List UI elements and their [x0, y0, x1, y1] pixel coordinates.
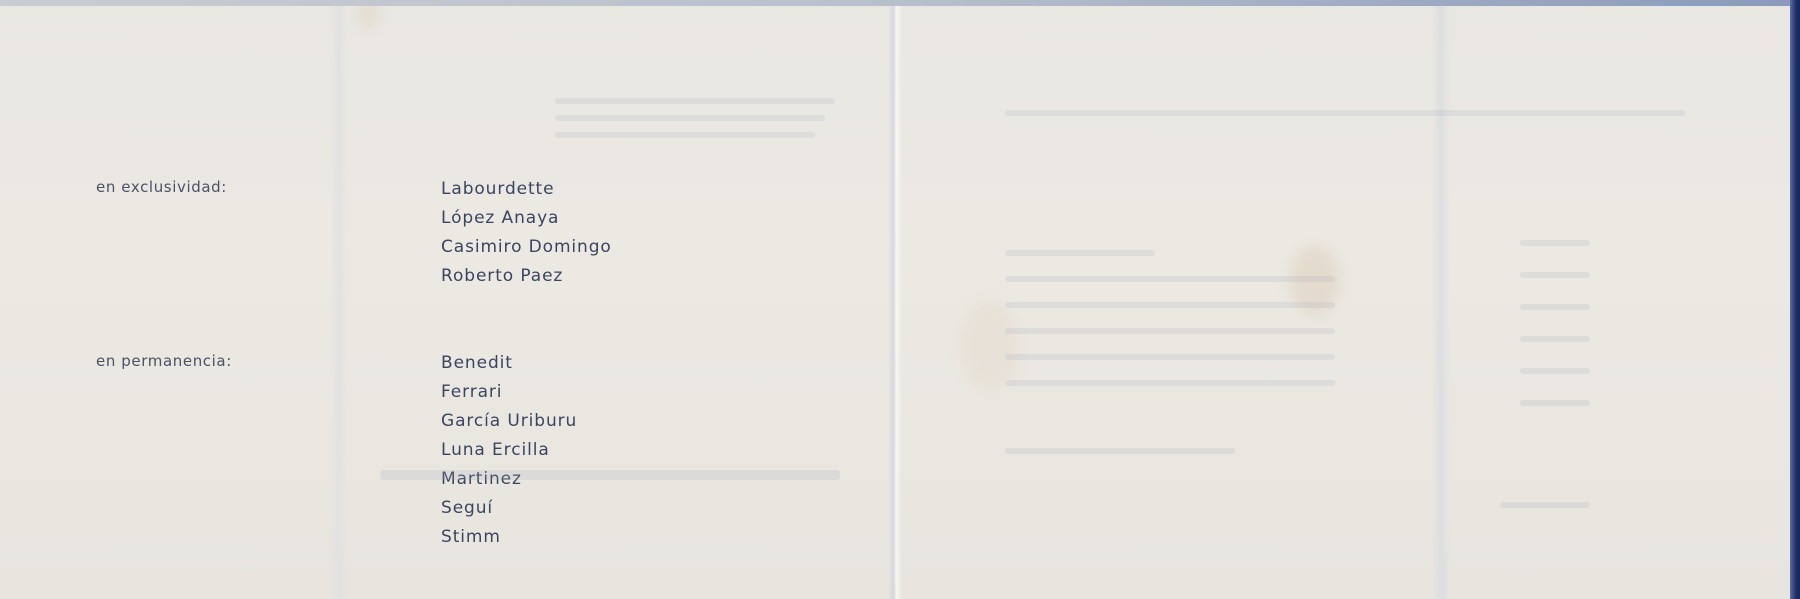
- artist-list: Benedit Ferrari García Uriburu Luna Erci…: [441, 349, 577, 552]
- show-through-line: [1005, 302, 1335, 308]
- show-through-line: [1005, 328, 1335, 334]
- show-through-line: [1520, 240, 1590, 246]
- artist-name: Luna Ercilla: [441, 436, 577, 465]
- show-through-line: [380, 470, 840, 480]
- artist-name: Seguí: [441, 494, 577, 523]
- show-through-line: [1520, 400, 1590, 406]
- section-label: en exclusividad:: [96, 178, 227, 196]
- artist-name: Labourdette: [441, 175, 612, 204]
- show-through-line: [1005, 250, 1155, 256]
- right-page: [905, 0, 1790, 599]
- artist-name: Roberto Paez: [441, 262, 612, 291]
- artist-name: Casimiro Domingo: [441, 233, 612, 262]
- show-through-line: [1005, 448, 1235, 454]
- show-through-line: [1520, 368, 1590, 374]
- show-through-line: [1520, 304, 1590, 310]
- artist-name: López Anaya: [441, 204, 612, 233]
- artist-name: Stimm: [441, 523, 577, 552]
- show-through-line: [1520, 336, 1590, 342]
- show-through-line: [1520, 272, 1590, 278]
- scan-edge-right: [1790, 0, 1800, 599]
- artist-list: Labourdette López Anaya Casimiro Domingo…: [441, 175, 612, 291]
- artist-name: García Uriburu: [441, 407, 577, 436]
- scan-edge-top: [0, 0, 1800, 6]
- show-through-line: [555, 98, 835, 104]
- left-page: en exclusividad: Labourdette López Anaya…: [0, 0, 895, 599]
- show-through-line: [1005, 110, 1685, 116]
- paper-sheet: en exclusividad: Labourdette López Anaya…: [0, 0, 1790, 599]
- section-label: en permanencia:: [96, 352, 232, 370]
- show-through-line: [555, 132, 815, 138]
- artist-name: Benedit: [441, 349, 577, 378]
- show-through-line: [1005, 354, 1335, 360]
- artist-name: Ferrari: [441, 378, 577, 407]
- show-through-line: [555, 115, 825, 121]
- show-through-line: [1500, 502, 1590, 508]
- show-through-line: [1005, 276, 1335, 282]
- show-through-line: [1005, 380, 1335, 386]
